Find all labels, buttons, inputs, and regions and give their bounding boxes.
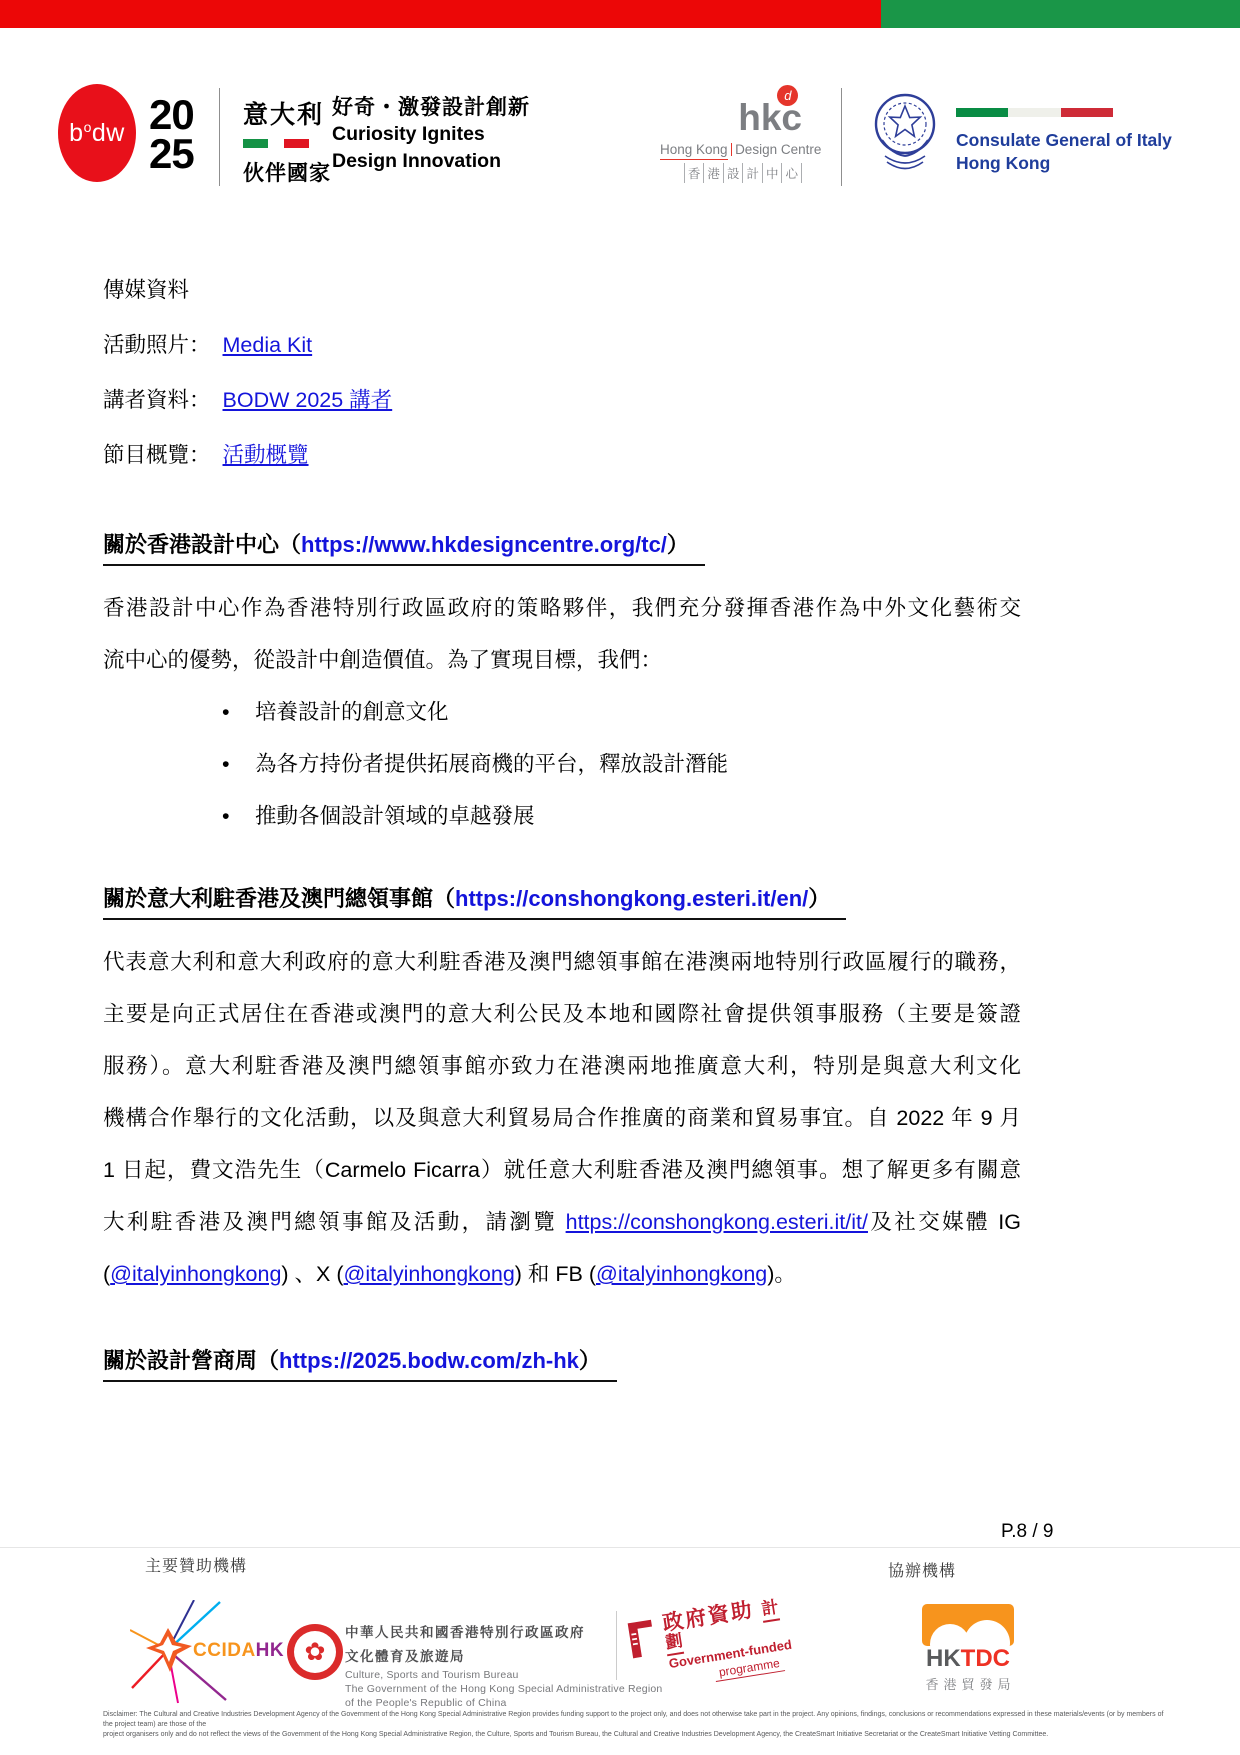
bullet-item: 為各方持份者提供拓展商機的平台，釋放設計潛能 <box>103 738 1021 790</box>
cstb-bureau-zh: 文化體育及旅遊局 <box>345 1645 662 1665</box>
bullet-item: 推動各個設計領域的卓越發展 <box>103 790 1021 842</box>
paragraph-line: 主要是向正式居住在香港或澳門的意大利公民及本地和國際社會提供領事服務（主要是簽證 <box>103 988 1021 1040</box>
speakers-link[interactable]: BODW 2025 講者 <box>223 388 393 412</box>
section-paragraph: 香港設計中心作為香港特別行政區政府的策略夥伴，我們充分發揮香港作為中外文化藝術交… <box>103 582 1021 842</box>
paragraph-line: 服務）。意大利駐香港及澳門總領事館亦致力在港澳兩地推廣意大利，特別是與意大利文化 <box>103 1040 1021 1092</box>
heading-title: 關於設計營商周 <box>103 1348 257 1373</box>
hksar-emblem-icon <box>287 1624 343 1680</box>
hktdc-name-zh: 香港貿發局 <box>918 1674 1018 1693</box>
tagline-en-2: Design Innovation <box>332 148 530 175</box>
topbar-red-segment <box>0 0 881 28</box>
bullet-icon <box>222 790 255 842</box>
sponsor-label: 主要贊助機構 <box>145 1553 247 1576</box>
partner-country-block: 意大利 伙伴國家 <box>243 95 331 187</box>
event-tagline: 好奇・激發設計創新 Curiosity Ignites Design Innov… <box>332 94 530 175</box>
year-bottom: 25 <box>149 134 194 173</box>
bullet-icon <box>222 738 255 790</box>
section-paragraph: 代表意大利和意大利政府的意大利駐香港及澳門總領事館在港澳兩地特別行政區履行的職務… <box>103 936 1021 1300</box>
hkdc-name-zh: 香港設計中心 <box>684 163 802 183</box>
topbar-green-segment <box>881 0 1240 28</box>
gov-funded-zh: 政府資助 <box>661 1598 755 1635</box>
paragraph-line: (@italyinhongkong) 、X (@italyinhongkong)… <box>103 1248 1021 1300</box>
heading-title: 關於意大利駐香港及澳門總領事館 <box>103 886 433 911</box>
facebook-link[interactable]: @italyinhongkong <box>596 1262 767 1286</box>
tagline-en-1: Curiosity Ignites <box>332 121 530 148</box>
consulate-url-link[interactable]: https://conshongkong.esteri.it/en/ <box>455 886 808 911</box>
media-row-programme: 節目概覽：活動概覽 <box>103 428 1021 483</box>
page-number: P.8 / 9 <box>1001 1521 1053 1543</box>
section-heading: 關於香港設計中心（https://www.hkdesigncentre.org/… <box>103 528 1021 566</box>
italy-flag-icon <box>243 139 311 148</box>
ccida-logo: CCIDAHK <box>130 1600 310 1705</box>
section-about-consulate: 關於意大利駐香港及澳門總領事館（https://conshongkong.est… <box>103 882 1021 1300</box>
hktdc-icon <box>922 1604 1014 1646</box>
esteri-it-link[interactable]: https://conshongkong.esteri.it/it/ <box>566 1210 868 1234</box>
heading-title: 關於香港設計中心 <box>103 532 279 557</box>
hktdc-logo: HKTDC 香港貿發局 <box>918 1604 1018 1693</box>
cstb-gov-en-2: of the People's Republic of China <box>345 1697 662 1709</box>
hkdc-name-en: Hong KongDesign Centre <box>660 142 802 157</box>
footer-separator <box>0 1547 1240 1548</box>
section-about-hkdc: 關於香港設計中心（https://www.hkdesigncentre.org/… <box>103 528 1021 842</box>
programme-overview-link[interactable]: 活動概覽 <box>223 443 309 467</box>
consulate-name: Consulate General of Italy Hong Kong <box>956 129 1172 175</box>
bauhinia-icon <box>305 1637 326 1667</box>
disclaimer-line-2: project organisers only and do not refle… <box>103 1730 1167 1740</box>
partner-country-name: 意大利 <box>243 95 331 131</box>
media-row-label: 活動照片： <box>103 333 211 357</box>
media-kit-link[interactable]: Media Kit <box>223 333 313 357</box>
paragraph-line: 大利駐香港及澳門總領事館及活動，請瀏覽 https://conshongkong… <box>103 1196 1021 1248</box>
cstb-logo-text: 中華人民共和國香港特別行政區政府 文化體育及旅遊局 Culture, Sport… <box>345 1621 662 1711</box>
section-heading: 關於意大利駐香港及澳門總領事館（https://conshongkong.est… <box>103 882 1021 920</box>
media-row-label: 節目概覽： <box>103 443 211 467</box>
media-title: 傳媒資料 <box>103 263 1021 318</box>
year-top: 20 <box>149 95 194 134</box>
paragraph-line: 流中心的優勢，從設計中創造價值。為了實現目標，我們： <box>103 634 1021 686</box>
paragraph-line: 1 日起，費文浩先生（Carmelo Ficarra）就任意大利駐香港及澳門總領… <box>103 1144 1021 1196</box>
disclaimer-line-1: Disclaimer: The Cultural and Creative In… <box>103 1710 1167 1730</box>
media-row-label: 講者資料： <box>103 388 211 412</box>
cstb-gov-zh: 中華人民共和國香港特別行政區政府 <box>345 1621 662 1641</box>
italy-flag-bar-icon <box>956 108 1113 117</box>
hkdc-url-link[interactable]: https://www.hkdesigncentre.org/tc/ <box>301 532 667 557</box>
consulate-logo: Consulate General of Italy Hong Kong <box>872 90 1172 178</box>
bodw-url-link[interactable]: https://2025.bodw.com/zh-hk <box>279 1348 579 1373</box>
media-info-block: 傳媒資料 活動照片：Media Kit 講者資料：BODW 2025 講者 節目… <box>103 263 1021 483</box>
cstb-bureau-en: Culture, Sports and Tourism Bureau <box>345 1669 662 1681</box>
gov-funded-logo: 政府資助計劃 Government-funded programme <box>623 1593 803 1695</box>
hkdc-logo-letters: hkdc <box>738 100 802 136</box>
hkdc-logo: hkdc Hong KongDesign Centre 香港設計中心 <box>660 86 802 183</box>
disclaimer: Disclaimer: The Cultural and Creative In… <box>103 1710 1167 1740</box>
bodw-logo: bodw <box>58 84 136 182</box>
tagline-zh: 好奇・激發設計創新 <box>332 94 530 121</box>
section-heading: 關於設計營商周（https://2025.bodw.com/zh-hk） <box>103 1344 1021 1382</box>
hkdc-red-mark-icon <box>731 143 733 156</box>
cstb-gov-en-1: The Government of the Hong Kong Special … <box>345 1683 662 1695</box>
top-color-bar <box>0 0 1240 28</box>
paragraph-line: 香港設計中心作為香港特別行政區政府的策略夥伴，我們充分發揮香港作為中外文化藝術交 <box>103 582 1021 634</box>
header-divider-1 <box>219 88 220 186</box>
ccida-wordmark: CCIDAHK <box>193 1640 284 1662</box>
header-divider-2 <box>841 88 842 186</box>
footer-divider <box>616 1611 617 1680</box>
x-link[interactable]: @italyinhongkong <box>344 1262 515 1286</box>
paragraph-line: 代表意大利和意大利政府的意大利駐香港及澳門總領事館在港澳兩地特別行政區履行的職務… <box>103 936 1021 988</box>
bodw-year: 20 25 <box>149 95 194 173</box>
organiser-label: 協辦機構 <box>888 1558 956 1581</box>
bullet-icon <box>222 686 255 738</box>
section-about-bodw: 關於設計營商周（https://2025.bodw.com/zh-hk） <box>103 1344 1021 1382</box>
document-page: bodw 20 25 意大利 伙伴國家 好奇・激發設計創新 Curiosity … <box>0 0 1240 1755</box>
italy-emblem-icon <box>872 90 938 178</box>
media-row-photos: 活動照片：Media Kit <box>103 318 1021 373</box>
paragraph-line: 機構合作舉行的文化活動，以及與意大利貿易局合作推廣的商業和貿易事宜。自 2022… <box>103 1092 1021 1144</box>
instagram-link[interactable]: @italyinhongkong <box>110 1262 281 1286</box>
gov-funded-icon <box>623 1615 661 1661</box>
hktdc-wordmark: HKTDC <box>918 1647 1018 1671</box>
media-row-speakers: 講者資料：BODW 2025 講者 <box>103 373 1021 428</box>
bodw-logo-text: bodw <box>69 119 125 148</box>
bullet-item: 培養設計的創意文化 <box>103 686 1021 738</box>
partner-country-label: 伙伴國家 <box>243 157 331 187</box>
